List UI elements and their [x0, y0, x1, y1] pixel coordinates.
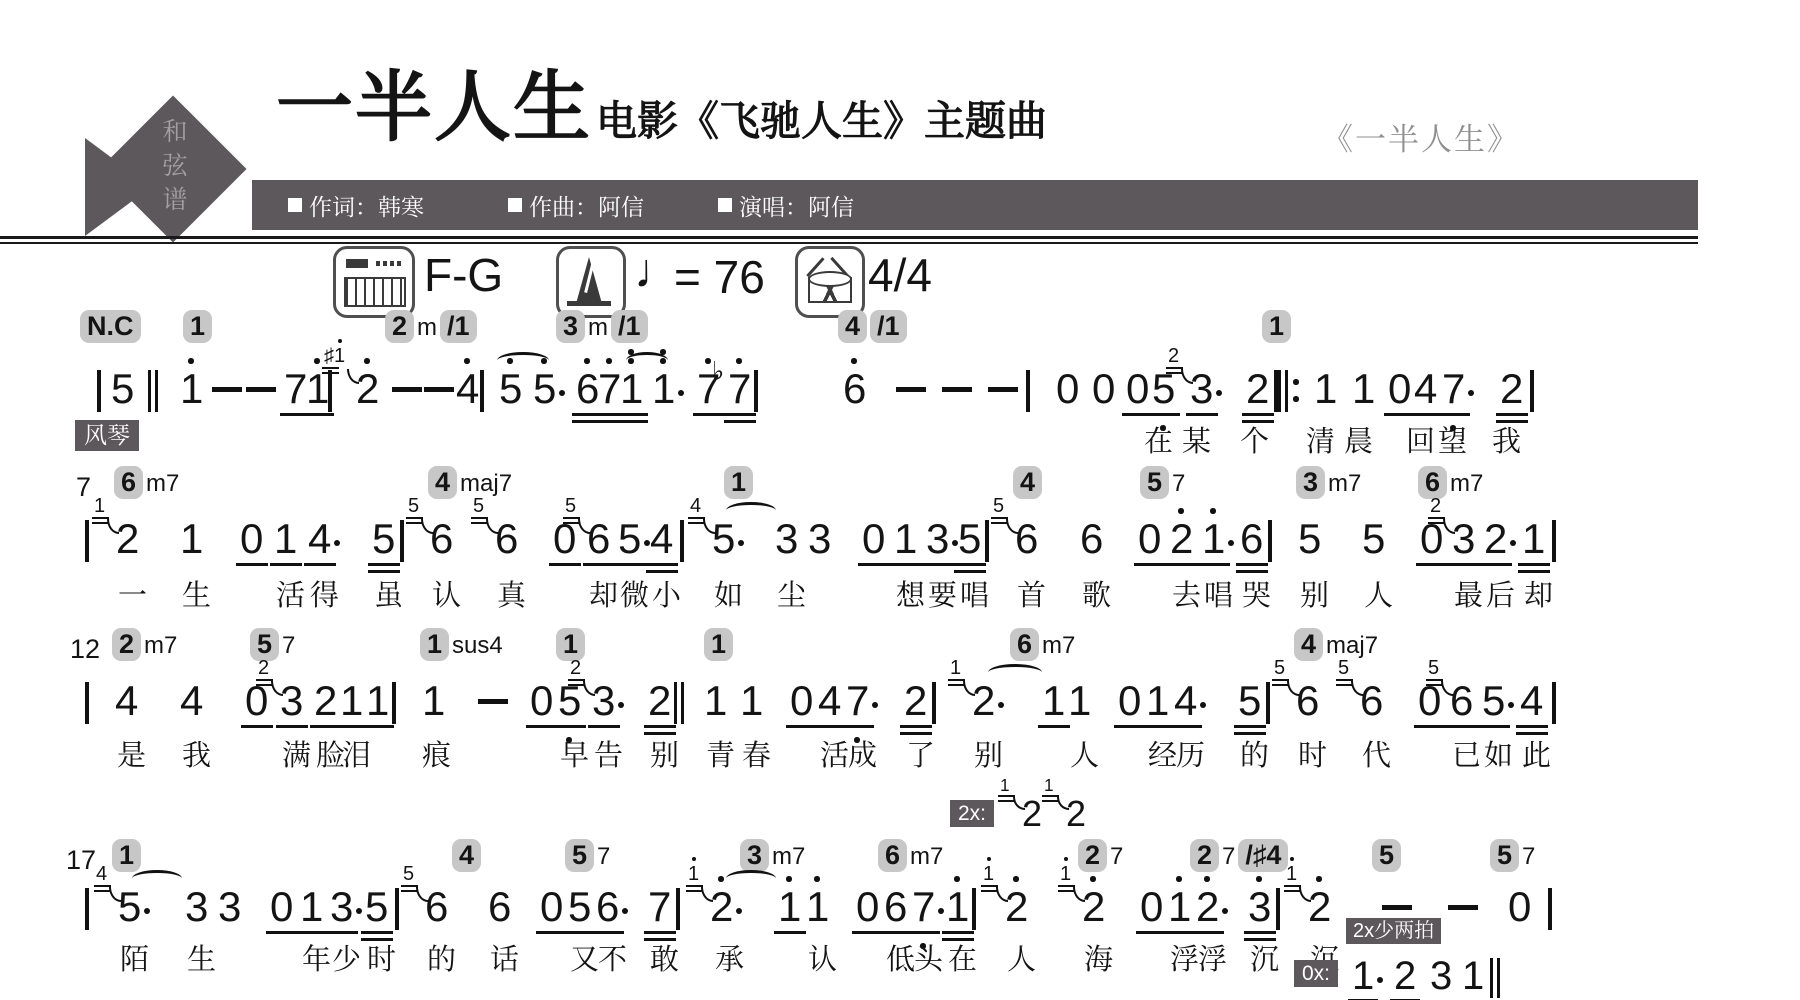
duration-underline — [1244, 931, 1276, 934]
dash-extension — [424, 387, 454, 392]
note-digit: 4 — [1174, 680, 1197, 722]
chord-degree-badge: 5 — [565, 839, 594, 872]
note-digit: 4 — [456, 368, 479, 410]
octave-dot-high — [606, 358, 612, 364]
lyric-char: 已 — [1452, 742, 1481, 771]
note-digit: 5 — [1362, 518, 1385, 560]
note-digit: 1 — [306, 368, 329, 410]
augmentation-dot — [872, 702, 878, 708]
barline-double — [674, 682, 677, 724]
note-digit: 1 — [180, 368, 203, 410]
metronome-base — [567, 301, 611, 306]
note-digit: 0 — [862, 518, 885, 560]
note-digit: 1 — [946, 886, 969, 928]
barline-double — [681, 682, 684, 724]
lyric-char: 歌 — [1082, 582, 1111, 611]
note-digit: 7 — [912, 886, 935, 928]
note-digit: 2 — [1066, 796, 1086, 832]
grace-note: 1 — [1044, 777, 1054, 794]
lyric-char: 敢 — [650, 946, 679, 975]
grace-note: 5 — [408, 496, 419, 516]
grace-note: 5 — [1428, 658, 1439, 678]
note-digit: 1 — [620, 368, 643, 410]
lyric-char: 代 — [1362, 742, 1391, 771]
note-digit: 3 — [775, 518, 798, 560]
octave-dot-high — [1256, 876, 1262, 882]
chord-degree-badge: 2 — [1190, 839, 1219, 872]
duration-underline — [296, 931, 328, 934]
lyric-char: 个 — [1240, 428, 1269, 457]
chord-symbol: 57 — [565, 839, 610, 872]
grace-octave-dot — [1290, 857, 1294, 861]
note-digit: 6 — [1450, 680, 1473, 722]
duration-underline — [942, 931, 974, 934]
chord-symbol: 6m7 — [1010, 628, 1075, 661]
chord-symbol: 1 — [183, 310, 212, 343]
chord-degree-badge: 4 — [428, 466, 457, 499]
note-digit: 1 — [894, 518, 917, 560]
barline — [1548, 888, 1552, 930]
note-digit: 0 — [1418, 680, 1441, 722]
note-digit: 0 — [270, 886, 293, 928]
barline — [1276, 888, 1280, 930]
lyric-char: 头 — [914, 946, 943, 975]
chord-degree-badge: 1 — [112, 839, 141, 872]
augmentation-dot — [678, 390, 684, 396]
grace-note: 2 — [258, 658, 269, 678]
note-digit: 5 — [558, 680, 581, 722]
duration-underline — [1134, 563, 1166, 566]
instrument-badge: 风琴 — [75, 420, 139, 451]
lyric-char: 得 — [310, 582, 339, 611]
lyric-char: 认 — [808, 946, 837, 975]
chord-symbol: 1 — [724, 466, 753, 499]
chord-symbol: 57 — [250, 628, 295, 661]
lyric-char: 微 — [620, 582, 649, 611]
logo-vertical-text: 和弦谱 — [155, 118, 191, 220]
note-digit: 4 — [818, 680, 841, 722]
note-digit: 7 — [284, 368, 307, 410]
note-digit: 6 — [425, 886, 448, 928]
barline — [97, 370, 101, 412]
note-digit: 1 — [180, 518, 203, 560]
dash-extension — [942, 387, 972, 392]
barline — [972, 888, 976, 930]
duration-underline — [1038, 725, 1070, 728]
chord-degree-badge: 1 — [1262, 310, 1291, 343]
note-digit: 3 — [808, 518, 831, 560]
lyric-char: 别 — [650, 742, 679, 771]
chord-symbol: 4 — [452, 839, 481, 872]
grace-slide-curve — [1443, 519, 1455, 534]
octave-dot-high — [786, 876, 792, 882]
lyric-char: 人 — [1364, 582, 1393, 611]
lyric-char: 小 — [652, 582, 681, 611]
lyric-char: 要 — [928, 582, 957, 611]
lyric-char: 生 — [182, 582, 211, 611]
grace-note: 1 — [688, 864, 699, 884]
octave-dot-high — [584, 358, 590, 364]
duration-underline — [1234, 725, 1266, 728]
lyric-char: 早 — [560, 742, 589, 771]
note-digit: 1 — [340, 680, 363, 722]
octave-dot-high — [660, 358, 666, 364]
note-digit: 1 — [1462, 956, 1484, 996]
song-subtitle: 电影《飞驰人生》主题曲 — [596, 101, 1047, 147]
barline — [1026, 370, 1030, 412]
drum-head — [808, 271, 852, 287]
octave-dot-high — [954, 876, 960, 882]
note-digit: 7 — [648, 886, 671, 928]
note-digit: 2 — [1005, 886, 1028, 928]
grace-slide-curve — [578, 519, 590, 534]
note-digit: 0 — [245, 680, 268, 722]
note-digit: 2 — [1170, 518, 1193, 560]
credits-banner: 作词：韩寒 作曲：阿信 演唱：阿信 — [252, 180, 1698, 230]
slur-arc — [132, 870, 182, 887]
lyric-char: 是 — [117, 742, 146, 771]
note-digit: 1 — [1202, 518, 1225, 560]
lyric-char: 最 — [1454, 582, 1483, 611]
note-digit: 2 — [116, 518, 139, 560]
augmentation-dot — [1228, 540, 1234, 546]
octave-dot-high — [314, 358, 320, 364]
duration-underline — [908, 931, 940, 934]
dash-extension — [1448, 905, 1478, 910]
keyboard-icon — [333, 246, 415, 318]
lyric-char: 活 — [276, 582, 305, 611]
barline-double — [1490, 958, 1493, 998]
augmentation-dot — [736, 908, 742, 914]
note-digit: 3 — [185, 886, 208, 928]
augmentation-dot — [1216, 390, 1222, 396]
chord-symbol: 2m7 — [112, 628, 177, 661]
note-digit: 2 — [648, 680, 671, 722]
duration-underline — [646, 570, 678, 573]
duration-underline — [1148, 413, 1180, 416]
barline — [1530, 370, 1534, 412]
duration-underline — [614, 563, 646, 566]
dash-extension — [392, 387, 422, 392]
chord-symbol: 4 — [1013, 466, 1042, 499]
chord-symbol: 4maj7 — [428, 466, 512, 499]
bullet-square-icon — [508, 198, 522, 212]
barline — [1552, 520, 1556, 562]
octave-dot-high — [660, 349, 666, 355]
augmentation-dot — [1222, 908, 1228, 914]
note-digit: 5 — [118, 886, 141, 928]
duration-underline — [954, 570, 986, 573]
lyric-char: 如 — [1484, 742, 1513, 771]
chord-symbol: 4maj7 — [1294, 628, 1378, 661]
grace-slide-curve — [1351, 681, 1363, 696]
grace-octave-dot — [1064, 857, 1068, 861]
lyric-char: 了 — [906, 742, 935, 771]
chord-degree-badge: 6 — [114, 466, 143, 499]
ending-note-badge: 2x少两拍 — [1346, 918, 1441, 944]
duration-underline — [693, 413, 725, 416]
lyric-char: 认 — [432, 582, 461, 611]
note-digit: 2 — [1082, 886, 1105, 928]
flat-accidental: ♭ — [712, 358, 724, 384]
note-digit: 6 — [1360, 680, 1383, 722]
chord-degree-badge: /♯4 — [1238, 839, 1288, 872]
note-digit: 4 — [1414, 368, 1437, 410]
note-digit: 1 — [1352, 956, 1374, 996]
grace-slide-curve — [1299, 887, 1311, 902]
grace-note: 4 — [96, 864, 107, 884]
octave-dot-high — [541, 358, 547, 364]
chord-symbol: 57 — [1490, 839, 1535, 872]
lyric-char: 一 — [118, 582, 147, 611]
duration-underline — [362, 725, 394, 728]
note-digit: 3 — [1190, 368, 1213, 410]
chord-quality: m7 — [144, 634, 177, 658]
lyric-char: 浮 — [1170, 946, 1199, 975]
octave-dot-high — [1204, 876, 1210, 882]
note-digit: 3 — [1248, 886, 1271, 928]
measure-number: 12 — [70, 636, 100, 663]
keyboard-knobs — [376, 261, 402, 266]
note-digit: 4 — [180, 680, 203, 722]
duration-underline — [1166, 563, 1198, 566]
duration-underline — [1518, 570, 1550, 573]
credit-label: 演唱：阿信 — [739, 189, 854, 222]
lyric-char: 后 — [1486, 582, 1515, 611]
chord-quality: m7 — [1450, 472, 1483, 496]
duration-underline — [304, 563, 336, 566]
lyric-char: 晨 — [1344, 428, 1373, 457]
tempo-value: = 76 — [674, 254, 765, 300]
note-digit: 5 — [712, 518, 735, 560]
chord-symbol: 1 — [1262, 310, 1291, 343]
header-rule-top — [0, 236, 1698, 239]
chord-quality: 7 — [1110, 845, 1123, 869]
note-digit: 1 — [1314, 368, 1337, 410]
octave-dot-high — [1013, 876, 1019, 882]
note-digit: 1 — [740, 680, 763, 722]
grace-note: 5 — [473, 496, 484, 516]
grace-note: 1 — [1060, 864, 1071, 884]
grace-slide-curve — [109, 887, 121, 902]
barline — [932, 682, 936, 724]
note-digit: 0 — [1092, 368, 1115, 410]
note-digit: 6 — [1080, 518, 1103, 560]
barline — [754, 370, 758, 412]
lyric-char: 哭 — [1242, 582, 1271, 611]
octave-dot-high — [507, 358, 513, 364]
grace-note: 1 — [950, 658, 961, 678]
chord-quality: m7 — [1328, 472, 1361, 496]
note-digit: 2 — [710, 886, 733, 928]
lyric-char: 生 — [187, 946, 216, 975]
note-digit: 5 — [568, 886, 591, 928]
grace-slide-curve — [1181, 369, 1193, 384]
chord-degree-badge: N.C — [80, 310, 141, 343]
note-digit: 5 — [1238, 680, 1261, 722]
note-digit: 4 — [308, 518, 331, 560]
note-digit: 6 — [430, 518, 453, 560]
octave-dot-high — [718, 876, 724, 882]
note-digit: 3 — [218, 886, 241, 928]
duration-underline — [1236, 563, 1268, 566]
duration-underline — [1516, 725, 1548, 728]
duration-underline — [1438, 413, 1470, 416]
right-corner-title: 《一半人生》 — [1322, 114, 1520, 159]
chord-quality: m7 — [1042, 634, 1075, 658]
lyric-char: 望 — [1438, 428, 1467, 457]
note-digit: 2 — [1196, 886, 1219, 928]
chord-quality: 7 — [282, 634, 295, 658]
lyric-char: 却 — [589, 582, 618, 611]
duration-underline — [302, 413, 334, 416]
dash-extension — [1382, 905, 1412, 910]
grace-note: 5 — [1274, 658, 1285, 678]
chord-symbol: 4/1 — [838, 310, 907, 343]
note-digit: 3 — [926, 518, 949, 560]
augmentation-dot — [1200, 702, 1206, 708]
note-digit: 5 — [372, 518, 395, 560]
note-digit: 6 — [587, 518, 610, 560]
chord-degree-badge: 1 — [704, 628, 733, 661]
octave-dot-high — [464, 358, 470, 364]
augmentation-dot — [738, 540, 744, 546]
octave-dot-high — [188, 358, 194, 364]
lyric-char: 陌 — [120, 946, 149, 975]
duration-underline — [890, 563, 922, 566]
chord-symbol: 27 — [1078, 839, 1123, 872]
chord-symbol: 3m7 — [1296, 466, 1361, 499]
barline-double — [155, 370, 158, 412]
duration-underline — [644, 725, 676, 728]
barline — [85, 682, 89, 724]
grace-octave-dot — [338, 339, 342, 343]
lyric-char: 人 — [1007, 946, 1036, 975]
grace-slide-curve — [701, 887, 713, 902]
duration-underline — [1186, 413, 1218, 416]
augmentation-dot — [938, 908, 944, 914]
octave-dot-high — [1090, 876, 1096, 882]
duration-underline — [774, 931, 806, 934]
repeat-dot — [1293, 379, 1299, 385]
chord-degree-badge: 3 — [556, 310, 585, 343]
note-digit: 1 — [1068, 680, 1091, 722]
note-digit: 1 — [274, 518, 297, 560]
note-digit: 1 — [704, 680, 727, 722]
grace-note: 5 — [993, 496, 1004, 516]
chord-degree-badge: 4 — [1294, 628, 1323, 661]
lyric-char: 去 — [1172, 582, 1201, 611]
barline — [400, 520, 404, 562]
lyric-char: 人 — [1070, 742, 1099, 771]
sheet-music-page: 和弦谱 一半人生 电影《飞驰人生》主题曲 《一半人生》 作词：韩寒 作曲：阿信 … — [0, 0, 1800, 1000]
note-digit: 1 — [1352, 368, 1375, 410]
note-digit: 6 — [1015, 518, 1038, 560]
note-digit: 0 — [1388, 368, 1411, 410]
lyric-char: 痕 — [422, 742, 451, 771]
duration-underline — [1518, 563, 1550, 566]
grace-note: ♯1 — [324, 346, 345, 366]
augmentation-dot — [1468, 390, 1474, 396]
chord-symbol: 2m/1 — [385, 310, 477, 343]
grace-slide-curve — [1073, 887, 1085, 902]
note-digit: 5 — [1152, 368, 1175, 410]
duration-underline — [644, 931, 676, 934]
dash-extension — [212, 387, 242, 392]
grace-note: 1 — [983, 864, 994, 884]
lyric-char: 春 — [742, 742, 771, 771]
note-digit: 2 — [972, 680, 995, 722]
augmentation-dot — [618, 702, 624, 708]
lyric-char: 回 — [1406, 428, 1435, 457]
duration-underline — [842, 725, 874, 728]
credit-lyricist: 作词：韩寒 — [288, 180, 424, 230]
dash-extension — [478, 699, 508, 704]
chord-degree-badge: 4 — [452, 839, 481, 872]
chord-quality: m — [417, 316, 437, 340]
duration-underline — [858, 563, 890, 566]
dash-extension — [896, 387, 926, 392]
grace-note: 5 — [565, 496, 576, 516]
chord-degree-badge: 3 — [1296, 466, 1325, 499]
lyric-char: 真 — [497, 582, 526, 611]
note-digit: 2 — [1022, 796, 1042, 832]
barline — [1552, 682, 1556, 724]
duration-underline — [1236, 570, 1268, 573]
note-digit: 1 — [1522, 518, 1545, 560]
duration-underline — [644, 938, 676, 941]
lyric-char: 经 — [1148, 742, 1177, 771]
note-digit: 2 — [314, 680, 337, 722]
lyric-char: 又 — [570, 946, 599, 975]
note-digit: 2 — [1308, 886, 1331, 928]
chord-degree-badge: 1 — [183, 310, 212, 343]
duration-underline — [361, 938, 393, 941]
augmentation-dot — [1377, 977, 1383, 983]
lyric-char: 虽 — [374, 582, 403, 611]
key-label: F-G — [424, 252, 503, 298]
duration-underline — [1480, 563, 1512, 566]
chord-degree-badge: 2 — [1078, 839, 1107, 872]
grace-slide-curve — [583, 681, 595, 696]
chord-symbol: 1sus4 — [420, 628, 503, 661]
duration-underline — [1446, 725, 1478, 728]
lyric-char: 在 — [1144, 428, 1173, 457]
credit-label: 作词：韩寒 — [309, 189, 424, 222]
lyric-char: 首 — [1017, 582, 1046, 611]
duration-underline — [241, 725, 273, 728]
octave-dot-high — [814, 876, 820, 882]
duration-underline — [368, 563, 400, 566]
duration-underline — [1416, 563, 1448, 566]
measure-number: 7 — [76, 474, 91, 501]
note-digit: 1 — [778, 886, 801, 928]
grace-slide-curve — [963, 681, 975, 696]
duration-underline — [1478, 725, 1510, 728]
grace-slide-curve — [996, 887, 1008, 902]
augmentation-dot — [1510, 540, 1516, 546]
note-digit: 4 — [650, 518, 673, 560]
note-digit: 4 — [1520, 680, 1543, 722]
note-digit: 0 — [856, 886, 879, 928]
duration-underline — [900, 725, 932, 728]
octave-dot-high — [1176, 876, 1182, 882]
augmentation-dot — [998, 702, 1004, 708]
note-digit: 2 — [356, 368, 379, 410]
chord-symbol: 1 — [704, 628, 733, 661]
grace-octave-dot — [692, 857, 696, 861]
repeat-dot — [1293, 396, 1299, 402]
